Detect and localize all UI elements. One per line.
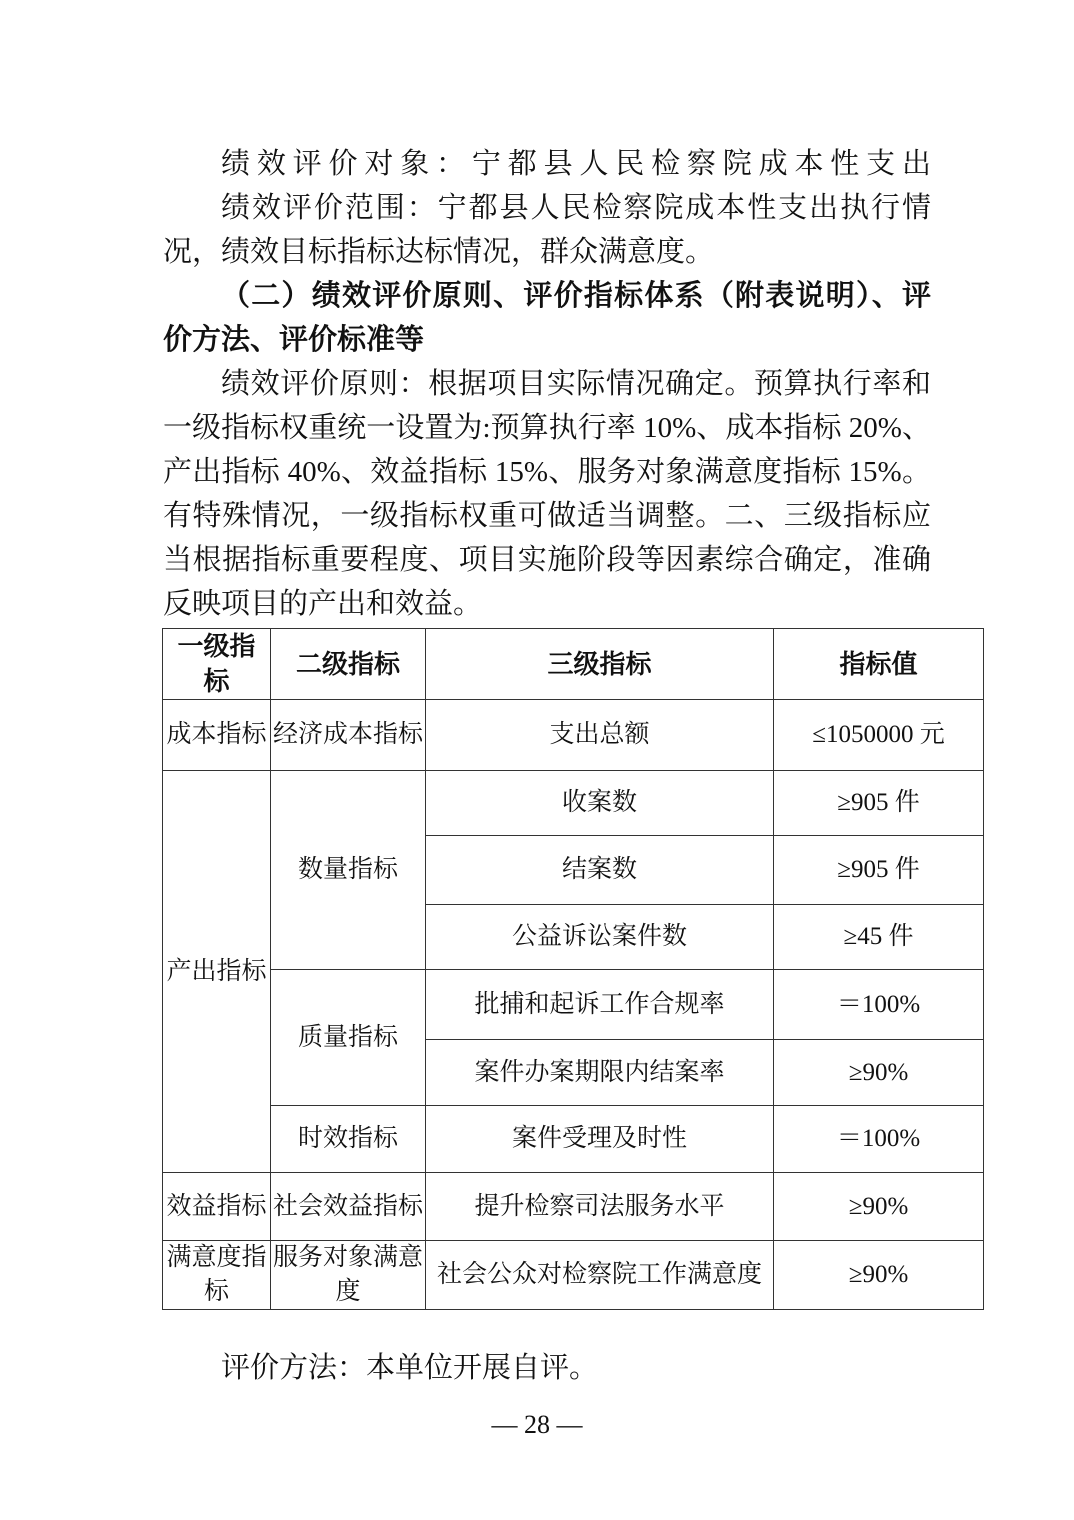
cell-level2: 社会效益指标 [271, 1173, 426, 1241]
table-row: 时效指标 案件受理及时性 ＝100% [163, 1106, 984, 1173]
cell-level2: 服务对象满意度 [271, 1241, 426, 1310]
table-row: 质量指标 批捕和起诉工作合规率 ＝100% [163, 970, 984, 1040]
cell-level3: 提升检察司法服务水平 [426, 1173, 774, 1241]
header-level3-indicator: 三级指标 [426, 629, 774, 700]
cell-level1: 成本指标 [163, 700, 271, 771]
header-level2-indicator: 二级指标 [271, 629, 426, 700]
header-level1-indicator: 一级指标 [163, 629, 271, 700]
cell-value: ≤1050000 元 [774, 700, 984, 771]
cell-level1: 效益指标 [163, 1173, 271, 1241]
cell-value: ≥90% [774, 1241, 984, 1310]
header-indicator-value: 指标值 [774, 629, 984, 700]
table-row: 成本指标 经济成本指标 支出总额 ≤1050000 元 [163, 700, 984, 771]
paragraph-line: 产出指标 40%、效益指标 15%、服务对象满意度指标 15%。如 [163, 450, 931, 494]
table-row: 产出指标 数量指标 收案数 ≥905 件 [163, 771, 984, 836]
cell-value: ＝100% [774, 1106, 984, 1173]
document-page: 绩效评价对象：宁都县人民检察院成本性支出（2024）。 绩效评价范围：宁都县人民… [0, 0, 1074, 1520]
cell-level2: 时效指标 [271, 1106, 426, 1173]
paragraph-evaluation-method: 评价方法：本单位开展自评。 [163, 1346, 931, 1390]
cell-level3: 收案数 [426, 771, 774, 836]
paragraph-line: 况，绩效目标指标达标情况，群众满意度。 [163, 230, 931, 274]
cell-level3: 公益诉讼案件数 [426, 905, 774, 970]
table-row: 满意度指标 服务对象满意度 社会公众对检察院工作满意度 ≥90% [163, 1241, 984, 1310]
cell-level3: 结案数 [426, 836, 774, 905]
section-heading-line: 价方法、评价标准等 [163, 318, 931, 362]
cell-value: ≥90% [774, 1173, 984, 1241]
indicator-table: 一级指标 二级指标 三级指标 指标值 成本指标 经济成本指标 支出总额 ≤105… [162, 628, 984, 1310]
paragraph-line: 绩效评价对象：宁都县人民检察院成本性支出（2024）。 [163, 142, 931, 186]
cell-level3: 案件办案期限内结案率 [426, 1040, 774, 1106]
cell-level2: 经济成本指标 [271, 700, 426, 771]
paragraph-line: 有特殊情况，一级指标权重可做适当调整。二、三级指标应 [163, 494, 931, 538]
page-number: — 28 — [0, 1410, 1074, 1440]
cell-value: ≥905 件 [774, 836, 984, 905]
paragraph-line: 反映项目的产出和效益。 [163, 582, 931, 626]
cell-level1: 产出指标 [163, 771, 271, 1173]
cell-value: ＝100% [774, 970, 984, 1040]
cell-level3: 支出总额 [426, 700, 774, 771]
paragraph-line: 一级指标权重统一设置为:预算执行率 10%、成本指标 20%、 [163, 406, 931, 450]
table-row: 效益指标 社会效益指标 提升检察司法服务水平 ≥90% [163, 1173, 984, 1241]
paragraph-line: 绩效评价原则：根据项目实际情况确定。预算执行率和 [163, 362, 931, 406]
cell-level2: 数量指标 [271, 771, 426, 970]
cell-value: ≥905 件 [774, 771, 984, 836]
cell-value: ≥45 件 [774, 905, 984, 970]
paragraph-line: 当根据指标重要程度、项目实施阶段等因素综合确定，准确 [163, 538, 931, 582]
paragraph-line: 绩效评价范围：宁都县人民检察院成本性支出执行情 [163, 186, 931, 230]
cell-level3: 批捕和起诉工作合规率 [426, 970, 774, 1040]
cell-level2: 质量指标 [271, 970, 426, 1106]
section-heading-line: （二）绩效评价原则、评价指标体系（附表说明）、评 [163, 274, 931, 318]
body-text: 绩效评价对象：宁都县人民检察院成本性支出（2024）。 绩效评价范围：宁都县人民… [163, 142, 931, 626]
cell-level3: 社会公众对检察院工作满意度 [426, 1241, 774, 1310]
cell-value: ≥90% [774, 1040, 984, 1106]
table-header-row: 一级指标 二级指标 三级指标 指标值 [163, 629, 984, 700]
cell-level3: 案件受理及时性 [426, 1106, 774, 1173]
cell-level1: 满意度指标 [163, 1241, 271, 1310]
